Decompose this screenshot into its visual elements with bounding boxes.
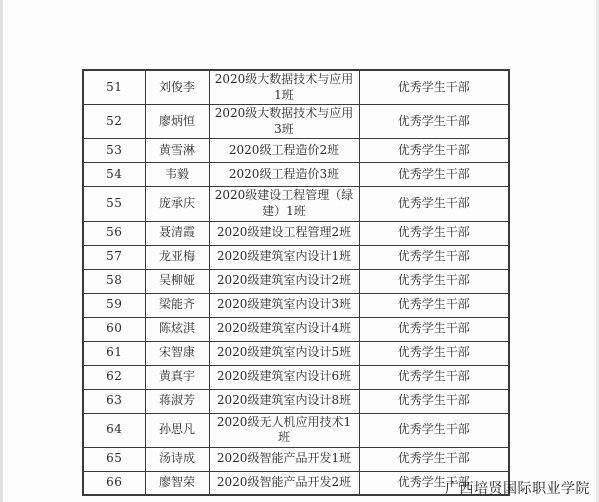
class-name-cell: 2020级大数据技术与应用3班 [209, 105, 359, 139]
roll-number-cell: 65 [83, 447, 145, 471]
student-name-cell: 刘俊李 [145, 70, 209, 105]
student-name-cell: 宋智康 [145, 341, 209, 365]
class-name-cell: 2020级建筑室内设计3班 [209, 293, 359, 317]
roll-number-cell: 53 [83, 139, 145, 163]
award-cell: 优秀学生干部 [359, 163, 509, 187]
student-name-cell: 陈炫淇 [145, 317, 209, 341]
roll-number-cell: 61 [83, 341, 145, 365]
table-row: 62 黄真宇 2020级建筑室内设计6班 优秀学生干部 [83, 365, 509, 389]
award-cell: 优秀学生干部 [359, 221, 509, 245]
student-name-cell: 廖炳恒 [145, 105, 209, 139]
student-name-cell: 廖智荣 [145, 471, 209, 495]
table-row: 51 刘俊李 2020级大数据技术与应用1班 优秀学生干部 [83, 70, 509, 105]
roll-number-cell: 55 [83, 187, 145, 221]
table-row: 61 宋智康 2020级建筑室内设计5班 优秀学生干部 [83, 341, 509, 365]
table-row: 59 梁能齐 2020级建筑室内设计3班 优秀学生干部 [83, 293, 509, 317]
table-row: 56 聂清霞 2020级建设工程管理2班 优秀学生干部 [83, 221, 509, 245]
award-cell: 优秀学生干部 [359, 317, 509, 341]
award-cell: 优秀学生干部 [359, 341, 509, 365]
award-cell: 优秀学生干部 [359, 389, 509, 413]
roll-number-cell: 58 [83, 269, 145, 293]
award-cell: 优秀学生干部 [359, 293, 509, 317]
class-name-cell: 2020级建筑室内设计4班 [209, 317, 359, 341]
school-name-watermark: 广西培贤国际职业学院 [445, 478, 590, 498]
table-row: 53 黄雪淋 2020级工程造价2班 优秀学生干部 [83, 139, 509, 163]
roll-number-cell: 59 [83, 293, 145, 317]
table-row: 65 汤诗成 2020级智能产品开发1班 优秀学生干部 [83, 447, 509, 471]
table-row: 58 吴柳娅 2020级建筑室内设计2班 优秀学生干部 [83, 269, 509, 293]
student-name-cell: 韦毅 [145, 163, 209, 187]
table-row: 63 蒋淑芳 2020级建筑室内设计8班 优秀学生干部 [83, 389, 509, 413]
class-name-cell: 2020级建筑室内设计6班 [209, 365, 359, 389]
roll-number-cell: 56 [83, 221, 145, 245]
class-name-cell: 2020级无人机应用技术1班 [209, 413, 359, 447]
class-name-cell: 2020级建筑室内设计8班 [209, 389, 359, 413]
table-row: 60 陈炫淇 2020级建筑室内设计4班 优秀学生干部 [83, 317, 509, 341]
class-name-cell: 2020级建筑室内设计2班 [209, 269, 359, 293]
class-name-cell: 2020级工程造价3班 [209, 163, 359, 187]
award-cell: 优秀学生干部 [359, 413, 509, 447]
award-cell: 优秀学生干部 [359, 365, 509, 389]
class-name-cell: 2020级建设工程管理2班 [209, 221, 359, 245]
student-name-cell: 梁能齐 [145, 293, 209, 317]
class-name-cell: 2020级工程造价2班 [209, 139, 359, 163]
roll-number-cell: 66 [83, 471, 145, 495]
roll-number-cell: 63 [83, 389, 145, 413]
roll-number-cell: 54 [83, 163, 145, 187]
roll-number-cell: 57 [83, 245, 145, 269]
roll-number-cell: 64 [83, 413, 145, 447]
student-name-cell: 黄雪淋 [145, 139, 209, 163]
student-awards-table: 51 刘俊李 2020级大数据技术与应用1班 优秀学生干部 52 廖炳恒 202… [82, 69, 510, 496]
student-name-cell: 蒋淑芳 [145, 389, 209, 413]
class-name-cell: 2020级建筑室内设计1班 [209, 245, 359, 269]
awards-table-body: 51 刘俊李 2020级大数据技术与应用1班 优秀学生干部 52 廖炳恒 202… [83, 70, 509, 495]
award-cell: 优秀学生干部 [359, 139, 509, 163]
table-row: 64 孙思凡 2020级无人机应用技术1班 优秀学生干部 [83, 413, 509, 447]
award-cell: 优秀学生干部 [359, 187, 509, 221]
class-name-cell: 2020级建筑室内设计5班 [209, 341, 359, 365]
table-row: 57 龙亚梅 2020级建筑室内设计1班 优秀学生干部 [83, 245, 509, 269]
student-name-cell: 聂清霞 [145, 221, 209, 245]
award-cell: 优秀学生干部 [359, 70, 509, 105]
award-cell: 优秀学生干部 [359, 269, 509, 293]
student-name-cell: 黄真宇 [145, 365, 209, 389]
award-cell: 优秀学生干部 [359, 245, 509, 269]
student-name-cell: 龙亚梅 [145, 245, 209, 269]
table-row: 55 庞承庆 2020级建设工程管理（绿建）1班 优秀学生干部 [83, 187, 509, 221]
roll-number-cell: 52 [83, 105, 145, 139]
award-cell: 优秀学生干部 [359, 105, 509, 139]
student-name-cell: 庞承庆 [145, 187, 209, 221]
class-name-cell: 2020级智能产品开发1班 [209, 447, 359, 471]
roll-number-cell: 51 [83, 70, 145, 105]
table-row: 52 廖炳恒 2020级大数据技术与应用3班 优秀学生干部 [83, 105, 509, 139]
student-name-cell: 汤诗成 [145, 447, 209, 471]
class-name-cell: 2020级建设工程管理（绿建）1班 [209, 187, 359, 221]
roll-number-cell: 60 [83, 317, 145, 341]
award-cell: 优秀学生干部 [359, 447, 509, 471]
roll-number-cell: 62 [83, 365, 145, 389]
table-row: 54 韦毅 2020级工程造价3班 优秀学生干部 [83, 163, 509, 187]
page-edge-left [0, 0, 3, 502]
class-name-cell: 2020级大数据技术与应用1班 [209, 70, 359, 105]
class-name-cell: 2020级智能产品开发2班 [209, 471, 359, 495]
student-name-cell: 吴柳娅 [145, 269, 209, 293]
student-name-cell: 孙思凡 [145, 413, 209, 447]
